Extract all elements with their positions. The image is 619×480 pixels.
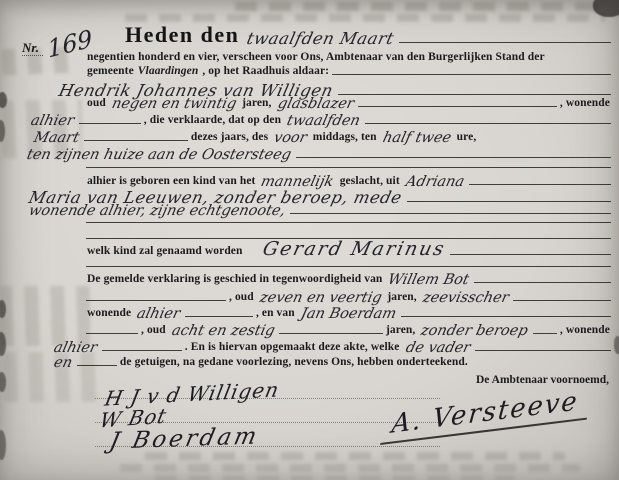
scan-edge-mark-1 [0, 92, 7, 108]
scan-edge-mark-right [614, 336, 619, 354]
handwritten-closing-en: en [48, 356, 77, 371]
printed-witness-intro: De gemelde verklaring is geschied in teg… [85, 273, 384, 286]
ruled-line [84, 140, 188, 141]
scan-edge-mark-4 [0, 332, 6, 356]
ruled-line [86, 266, 611, 267]
line-child-gender: alhier is geboren een kind van het manne… [85, 170, 612, 188]
scan-edge-mark-2 [0, 120, 5, 142]
line-declarant-residence: alhier , die verklaarde, dat op den twaa… [85, 109, 612, 127]
ruled-line [86, 222, 611, 223]
printed-closing-2: de getuigen, na gedane voorlezing, neven… [118, 356, 470, 369]
line-witness-intro: De gemelde verklaring is geschied in teg… [85, 268, 612, 286]
line-witness2-name: wonende alhier , en van Jan Boerdam [85, 302, 612, 320]
ruled-line [86, 167, 611, 168]
printed-raadhuis: , op het Raadhuis aldaar: [200, 65, 331, 78]
scan-edge-mark-3 [0, 300, 6, 318]
handwritten-birth-month: Maart [28, 131, 84, 146]
ruled-line [185, 316, 253, 317]
ruled-line [279, 333, 383, 334]
scan-edge-mark-5 [0, 372, 6, 392]
printed-gemeente: gemeente [85, 65, 136, 78]
handwritten-declarant-residence: alhier [25, 114, 79, 129]
ruled-line [77, 365, 117, 366]
record-number: Nr.169 [22, 30, 93, 58]
ruled-line [513, 300, 611, 301]
handwritten-witness1-name: Willem Bot [383, 273, 475, 288]
line-blank-rule [85, 153, 612, 171]
ruled-line [365, 123, 611, 124]
ruled-line [79, 123, 141, 124]
printed-heden-den: Heden den [121, 24, 243, 46]
ruled-line [469, 184, 611, 185]
ruled-line [86, 333, 138, 334]
bleedthrough-left-margin-3 [0, 286, 90, 346]
ruled-line [332, 74, 611, 75]
handwritten-act-date: twaalfden Maart [241, 31, 399, 48]
ruled-line [401, 316, 611, 317]
printed-gemeente-name: Vlaardingen [136, 65, 201, 78]
ruled-line [533, 333, 557, 334]
line-declarant-age: oud negen en twintig jaren, glasblazer ,… [85, 92, 612, 110]
ruled-line [86, 300, 226, 301]
line-closing-2: en de getuigen, na gedane voorlezing, ne… [85, 351, 612, 369]
birth-certificate-scan: Nr.169 Heden den twaalfden Maart negenti… [0, 0, 619, 480]
line-birth-time: Maart dezes jaars, des voor middags, ten… [85, 126, 612, 144]
ruled-line [399, 42, 611, 43]
record-number-label: Nr. [22, 40, 43, 56]
line-witness2-age: , oud acht en zestig jaren, zonder beroe… [85, 319, 612, 337]
scan-edge-mark-6 [0, 430, 6, 460]
signature-witness2: J Boerdam [107, 423, 262, 454]
ruled-line [474, 282, 611, 283]
line-gemeente: gemeente Vlaardingen , op het Raadhuis a… [85, 60, 612, 78]
line-opening: Heden den twaalfden Maart [85, 18, 612, 46]
ruled-line [358, 106, 557, 107]
